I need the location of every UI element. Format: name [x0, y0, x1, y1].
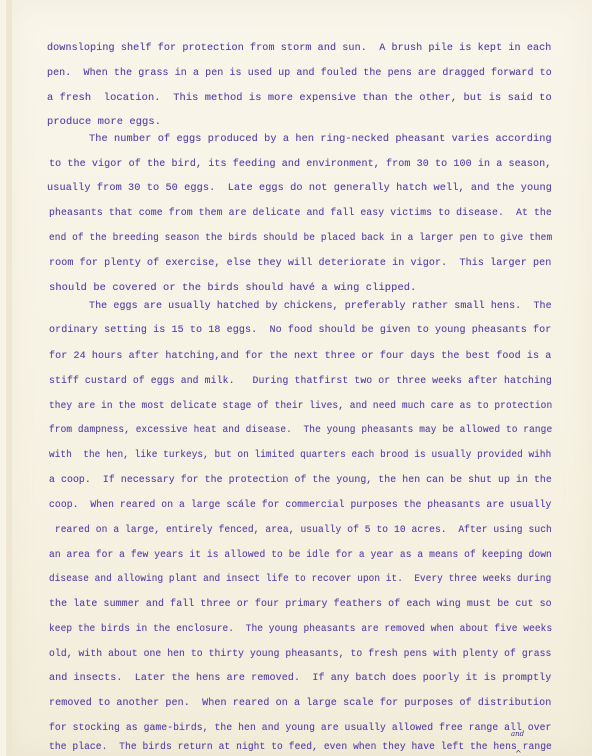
text-line-25: keep the birds in the enclosure. The you…	[49, 623, 552, 635]
text-line-7: usually from 30 to 50 eggs. Late eggs do…	[47, 182, 552, 194]
paragraph-3-line-1: The eggs are usually hatched by chickens…	[89, 300, 552, 312]
text-line-6: to the vigor of the bird, its feeding an…	[49, 158, 551, 170]
paragraph-2-line-1: The number of eggs produced by a hen rin…	[89, 133, 552, 145]
text-line-21: reared on a large, entirely fenced, area…	[49, 524, 552, 536]
text-line-13: ordinary setting is 15 to 18 eggs. No fo…	[49, 324, 551, 336]
text-line-15: stiff custard of eggs and milk. During t…	[49, 375, 552, 387]
text-line-28: removed to another pen. When reared on a…	[49, 697, 551, 709]
text-line-3: a fresh location. This method is more ex…	[47, 92, 552, 104]
text-line-14: for 24 hours after hatching,and for the …	[49, 350, 551, 362]
text-line-9: end of the breeding season the birds sho…	[49, 232, 552, 244]
text-line-19: a coop. If necessary for the protection …	[49, 474, 552, 486]
text-line-23: disease and allowing plant and insect li…	[49, 573, 551, 585]
text-line-4: produce more eggs.	[47, 116, 161, 128]
text-line-24: the late summer and fall three or four p…	[49, 598, 552, 610]
text-line-29: for stocking as game-birds, the hen and …	[49, 722, 551, 734]
text-line-17: from dampness, excessive heat and diseas…	[49, 424, 552, 436]
text-line-18: with the hen, like turkeys, but on limit…	[49, 449, 551, 461]
insertion-caret: ^	[515, 749, 522, 756]
text-line-27: and insects. Later the hens are removed.…	[49, 672, 551, 684]
text-line-8: pheasants that come from them are delica…	[49, 207, 552, 219]
handwritten-insertion: and	[511, 730, 524, 738]
text-line-2: pen. When the grass in a pen is used up …	[47, 67, 552, 79]
text-line-30: the place. The birds return at night to …	[49, 741, 552, 753]
text-line-1: downsloping shelf for protection from st…	[47, 42, 551, 54]
text-line-11: should be covered or the birds should ha…	[49, 282, 416, 294]
text-line-16: they are in the most delicate stage of t…	[49, 400, 552, 412]
text-line-22: an area for a few years it is allowed to…	[49, 549, 552, 561]
text-line-10: room for plenty of exercise, else they w…	[49, 257, 551, 269]
typewritten-page: downsloping shelf for protection from st…	[6, 0, 592, 756]
page-edge	[6, 0, 12, 756]
text-line-20: coop. When reared on a large scále for c…	[49, 499, 551, 511]
text-line-26: old, with about one hen to thirty young …	[49, 648, 551, 660]
